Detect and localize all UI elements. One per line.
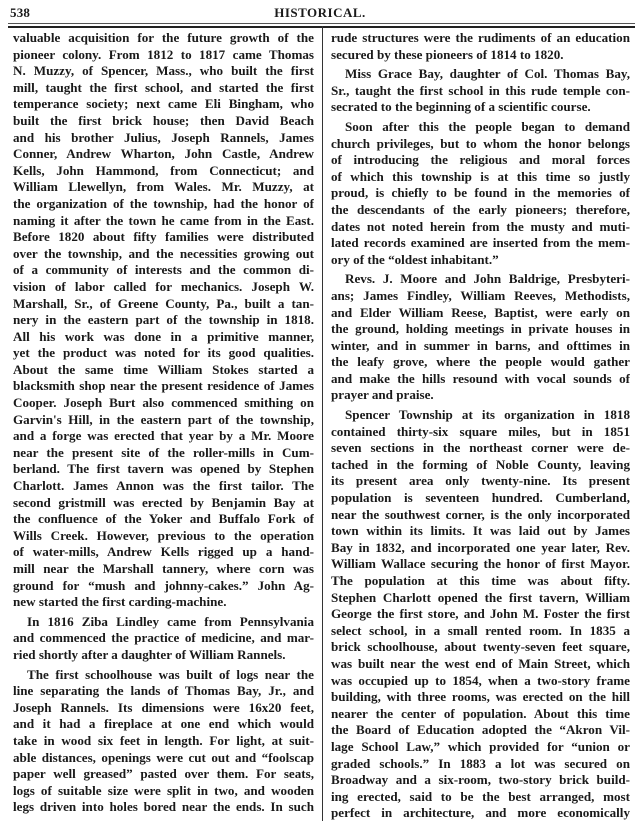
text-line: All his work was done in a primitive man…: [13, 329, 314, 346]
text-line: Broadway and a six-room, two-story brick…: [331, 772, 630, 789]
text-line: was built near the west end of Main Stre…: [331, 656, 630, 673]
text-line: contained thirty-six square miles, but i…: [331, 424, 630, 441]
text-line: brick schoolhouse, about twenty-seven fe…: [331, 639, 630, 656]
text-line: able distances, openings were cut out an…: [13, 750, 314, 767]
text-line: logs of suitable size were split in two,…: [13, 783, 314, 800]
text-line: church privileges, but to whom the honor…: [331, 136, 630, 153]
text-line: prayer and praise.: [331, 387, 630, 404]
text-line: new started the first carding-machine.: [13, 594, 314, 611]
text-line: Spencer Township at its organization in …: [331, 407, 630, 424]
text-line: building, with three rooms, was erected …: [331, 689, 630, 706]
text-line: Cooper. Joseph Burt also commenced smith…: [13, 395, 314, 412]
text-line: and commenced the practice of medicine, …: [13, 630, 314, 647]
text-line: its present area only twenty-nine. Its p…: [331, 473, 630, 490]
header-rule: [8, 23, 635, 24]
text-line: graded schools.” In 1883 a lot was secur…: [331, 756, 630, 773]
page-header: 538 HISTORICAL.: [8, 2, 632, 22]
text-line: lage School Law,” which provided for “un…: [331, 739, 630, 756]
text-line: was occupied up to 1854, when a two-stor…: [331, 673, 630, 690]
text-line: the confluence of the Yoker and Buffalo …: [13, 511, 314, 528]
text-line: rude structures were the rudiments of an…: [331, 30, 630, 47]
text-line: of a community of interests and the comm…: [13, 262, 314, 279]
text-line: George the first store, and John M. Fost…: [331, 606, 630, 623]
left-column: valuable acquisition for the future grow…: [13, 30, 314, 816]
text-line: vision of labor called for mechanics. Jo…: [13, 279, 314, 296]
text-line: Joseph Rannels. Its dimensions were 16x2…: [13, 700, 314, 717]
text-line: ory of the “oldest inhabitant.”: [331, 252, 630, 269]
text-line: naming it after the town he came from in…: [13, 213, 314, 230]
text-line: of water-mills, Andrew Kells rigged up a…: [13, 544, 314, 561]
text-line: Marshall, Sr., of Greene County, Pa., bu…: [13, 296, 314, 313]
text-line: Wills Creek. However, previous to the op…: [13, 528, 314, 545]
text-line: the leafy grove, where the people would …: [331, 354, 630, 371]
text-line: of which this township is at this time s…: [331, 169, 630, 186]
text-line: secured by these pioneers of 1814 to 182…: [331, 47, 630, 64]
text-line: the ground, holding meetings in private …: [331, 321, 630, 338]
text-line: Charlott. James Annon was the first tail…: [13, 478, 314, 495]
text-line: blacksmith shop near the present residen…: [13, 378, 314, 395]
text-line: Garvin's Hill, in the eastern part of th…: [13, 412, 314, 429]
text-line: William Llewellyn, from Wales. Mr. Muzzy…: [13, 179, 314, 196]
text-line: ing erected, said to be the best arrange…: [331, 789, 630, 806]
text-line: and his brother Julius, Joseph Rannels, …: [13, 130, 314, 147]
text-line: temperance society; next came Eli Bingha…: [13, 96, 314, 113]
column-divider: [322, 26, 323, 821]
text-line: winter, and in summer in barns, and oftt…: [331, 338, 630, 355]
text-line: proud, is chiefly to be found in the mem…: [331, 185, 630, 202]
right-column: rude structures were the rudiments of an…: [331, 30, 630, 822]
text-line: mill near the Marshall tannery, where co…: [13, 561, 314, 578]
text-line: built the first brick house; then David …: [13, 113, 314, 130]
text-line: near the present site of the roller-mill…: [13, 445, 314, 462]
text-line: and Elder William Reese, Baptist, were e…: [331, 305, 630, 322]
text-line: nery in the eastern part of the township…: [13, 312, 314, 329]
text-line: Revs. J. Moore and John Baldrige, Presby…: [331, 271, 630, 288]
text-line: near the southwest corner, is the only i…: [331, 507, 630, 524]
text-line: berland. The first tavern was opened by …: [13, 461, 314, 478]
text-line: of introducing the religious and moral f…: [331, 152, 630, 169]
text-line: secrated to the beginning of a scientifi…: [331, 99, 630, 116]
text-line: mill, taught the first school, and start…: [13, 80, 314, 97]
text-line: take in wood six feet in length. For lig…: [13, 733, 314, 750]
text-line: over the township, and the necessities g…: [13, 246, 314, 263]
text-line: Bay in 1832, and incorporated one year l…: [331, 540, 630, 557]
text-line: line separating the lands of Thomas Bay,…: [13, 683, 314, 700]
text-line: The first schoolhouse was built of logs …: [13, 667, 314, 684]
text-line: dates not noted herein from the musty an…: [331, 219, 630, 236]
text-line: Soon after this the people began to dema…: [331, 119, 630, 136]
text-line: yet the product was noted for its good q…: [13, 345, 314, 362]
text-line: seven sections in the northeast corner w…: [331, 440, 630, 457]
text-line: town within its limits. It was laid out …: [331, 523, 630, 540]
text-line: second gristmill was erected by Benjamin…: [13, 495, 314, 512]
text-line: and it had a fireplace at one end which …: [13, 716, 314, 733]
text-line: William Wallace securing the honor of fi…: [331, 556, 630, 573]
text-line: ground for “mush and johnny-cakes.” John…: [13, 578, 314, 595]
text-line: Conner, Andrew Wharton, John Castle, And…: [13, 146, 314, 163]
text-line: paper well greased” pasted over them. Fo…: [13, 766, 314, 783]
text-line: N. Muzzy, of Spencer, Mass., who built t…: [13, 63, 314, 80]
text-line: Kells, John Hammond, from Connecticut; a…: [13, 163, 314, 180]
text-line: Sr., taught the first school in this rud…: [331, 83, 630, 100]
text-line: perfect in architecture, and more econom…: [331, 805, 630, 822]
text-line: the organization of the township, had th…: [13, 196, 314, 213]
text-line: select school, in a small rented room. I…: [331, 623, 630, 640]
text-line: In 1816 Ziba Lindley came from Pennsylva…: [13, 614, 314, 631]
text-line: Miss Grace Bay, daughter of Col. Thomas …: [331, 66, 630, 83]
text-line: Before 1820 about fifty families were di…: [13, 229, 314, 246]
text-line: and a forge was erected that year by a M…: [13, 428, 314, 445]
text-line: the descendants of the early pioneers; t…: [331, 202, 630, 219]
text-line: ans; James Findley, William Reeves, Meth…: [331, 288, 630, 305]
text-line: ried shortly after a daughter of William…: [13, 647, 314, 664]
text-line: About the same time William Stokes start…: [13, 362, 314, 379]
text-line: nearer the center of population. About t…: [331, 706, 630, 723]
text-line: lated records examined are inserted from…: [331, 235, 630, 252]
text-line: The population at this time was about fi…: [331, 573, 630, 590]
text-line: pioneer colony. From 1812 to 1817 came T…: [13, 47, 314, 64]
text-line: population is seventeen hundred. Cumberl…: [331, 490, 630, 507]
text-line: valuable acquisition for the future grow…: [13, 30, 314, 47]
text-line: legs driven into holes bored near the en…: [13, 799, 314, 816]
text-line: and make the hills resound with vocal so…: [331, 371, 630, 388]
text-line: Stephen Charlott opened the first tavern…: [331, 590, 630, 607]
text-line: the Board of Education adopted the “Akro…: [331, 722, 630, 739]
text-line: tached in the forming of Noble County, l…: [331, 457, 630, 474]
running-head: HISTORICAL.: [8, 5, 632, 21]
